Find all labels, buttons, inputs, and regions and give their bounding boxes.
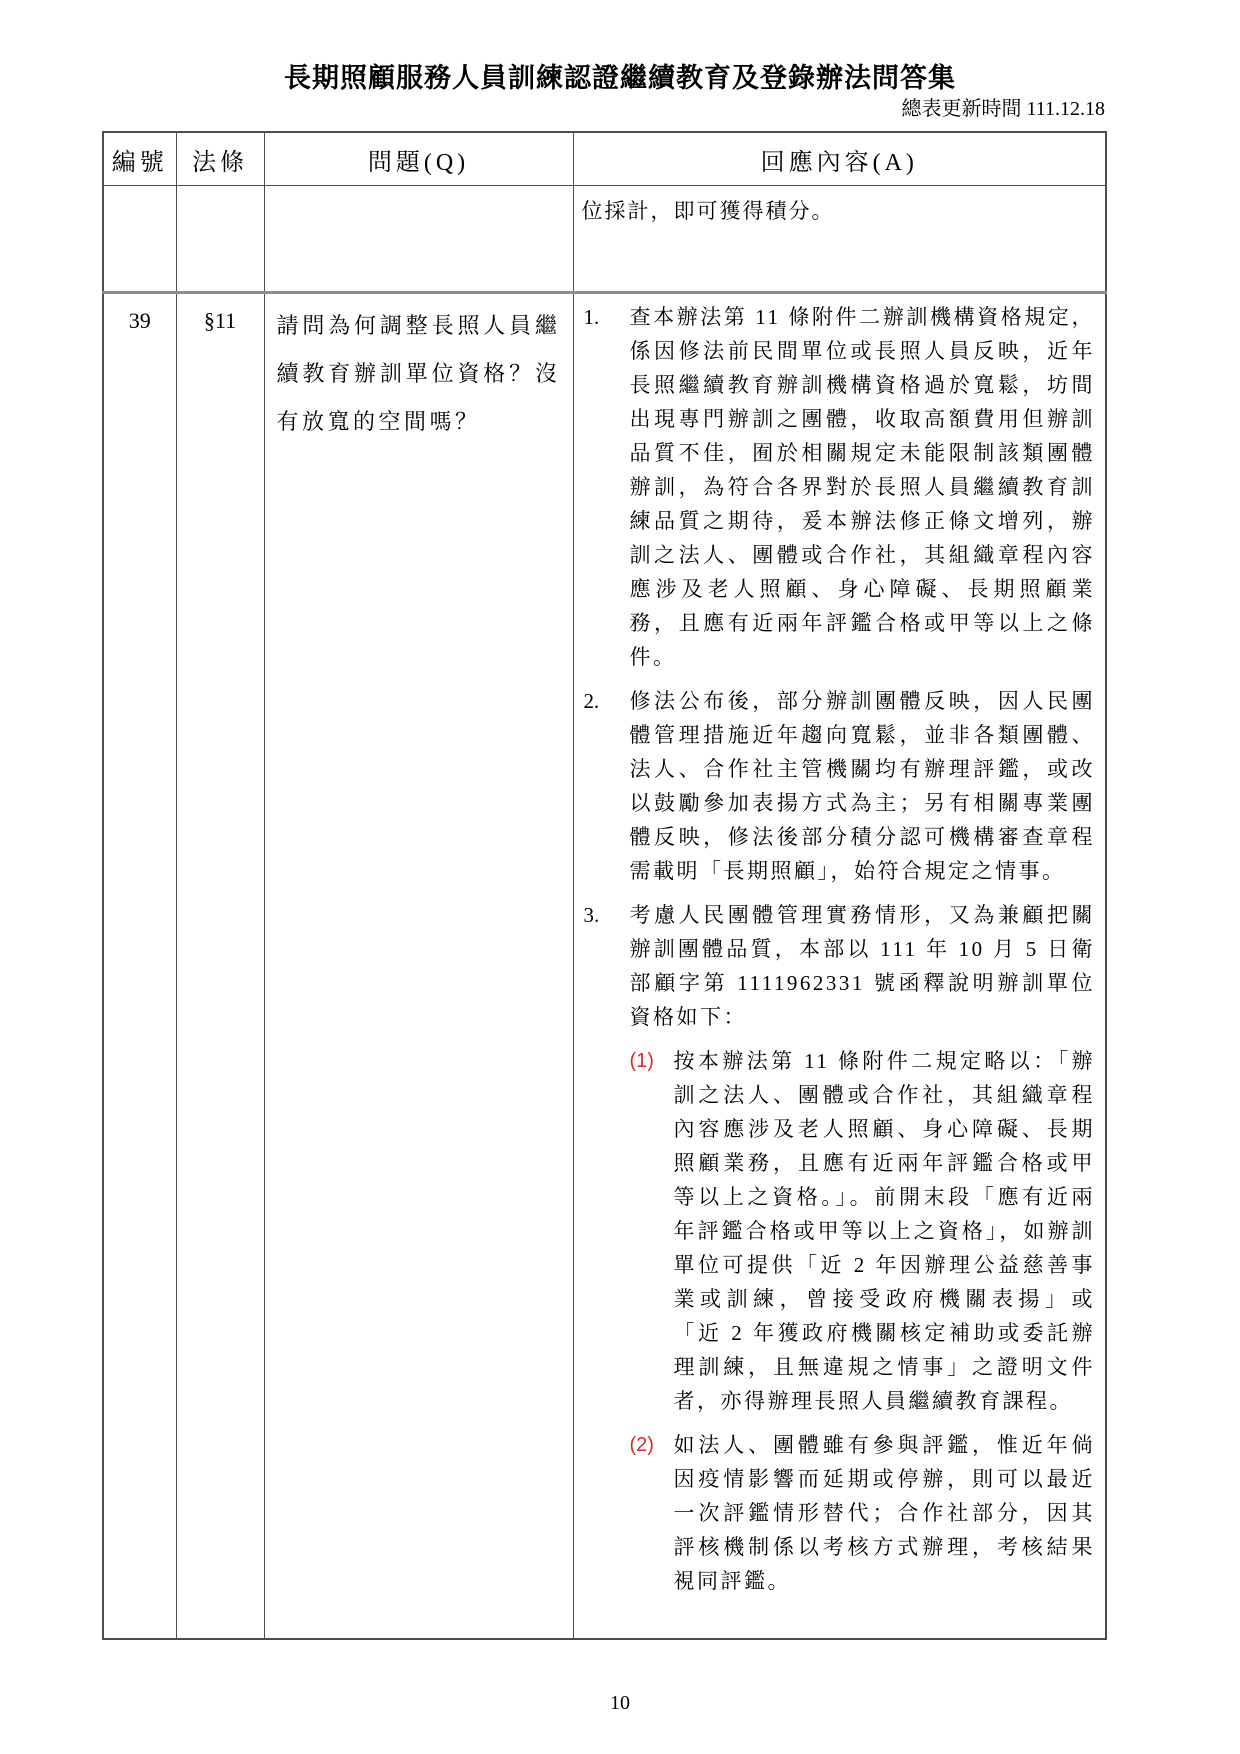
answer-item-3-marker: 3.	[584, 898, 630, 1598]
update-time: 總表更新時間 111.12.18	[901, 92, 1105, 121]
document-page: 長期照顧服務人員訓練認證繼續教育及登錄辦法問答集 總表更新時間 111.12.1…	[0, 0, 1240, 1754]
empty-law-cell	[176, 186, 264, 293]
answer-item-1-text: 查本辦法第 11 條附件二辦訓機構資格規定，係因修法前民間單位或長照人員反映，近…	[630, 300, 1096, 674]
answer-item-1-marker: 1.	[584, 300, 630, 674]
table-row-39: 39 §11 請問為何調整長照人員繼續教育辦訓單位資格？沒有放寬的空間嗎？ 1.…	[103, 293, 1106, 1640]
answer-item-1: 1. 查本辦法第 11 條附件二辦訓機構資格規定，係因修法前民間單位或長照人員反…	[584, 300, 1096, 674]
answer-item-2-text: 修法公布後，部分辦訓團體反映，因人民團體管理措施近年趨向寬鬆，並非各類團體、法人…	[630, 684, 1096, 888]
col-header-id: 編號	[103, 132, 176, 186]
answer-subitem-1-marker: (1)	[630, 1044, 674, 1418]
page-number: 10	[0, 1692, 1240, 1715]
qa-table: 編號 法條 問題(Q) 回應內容(A) 位採計，即可獲得積分。 39 §11 請…	[102, 131, 1107, 1640]
answer-item-3-text: 考慮人民團體管理實務情形，又為兼顧把關辦訓團體品質，本部以 111 年 10 月…	[630, 898, 1096, 1034]
answer-cell: 1. 查本辦法第 11 條附件二辦訓機構資格規定，係因修法前民間單位或長照人員反…	[573, 293, 1106, 1640]
answer-item-2-marker: 2.	[584, 684, 630, 888]
answer-item-2: 2. 修法公布後，部分辦訓團體反映，因人民團體管理措施近年趨向寬鬆，並非各類團體…	[584, 684, 1096, 888]
answer-continuation-text: 位採計，即可獲得積分。	[573, 186, 1106, 293]
header-row: 編號 法條 問題(Q) 回應內容(A)	[103, 132, 1106, 186]
question-text: 請問為何調整長照人員繼續教育辦訓單位資格？沒有放寬的空間嗎？	[264, 293, 573, 1640]
answer-subitem-1: (1) 按本辦法第 11 條附件二規定略以：「辦訓之法人、團體或合作社，其組織章…	[630, 1044, 1096, 1418]
answer-subitem-1-text: 按本辦法第 11 條附件二規定略以：「辦訓之法人、團體或合作社，其組織章程內容應…	[674, 1044, 1096, 1418]
empty-id-cell	[103, 186, 176, 293]
page-title: 長期照顧服務人員訓練認證繼續教育及登錄辦法問答集	[0, 56, 1240, 95]
answer-item-3: 3. 考慮人民團體管理實務情形，又為兼顧把關辦訓團體品質，本部以 111 年 1…	[584, 898, 1096, 1598]
col-header-question: 問題(Q)	[264, 132, 573, 186]
answer-subitem-2-marker: (2)	[630, 1428, 674, 1598]
answer-subitem-2-text: 如法人、團體雖有參與評鑑，惟近年倘因疫情影響而延期或停辦，則可以最近一次評鑑情形…	[674, 1428, 1096, 1598]
answer-subitem-2: (2) 如法人、團體雖有參與評鑑，惟近年倘因疫情影響而延期或停辦，則可以最近一次…	[630, 1428, 1096, 1598]
answer-item-3-wrap: 考慮人民團體管理實務情形，又為兼顧把關辦訓團體品質，本部以 111 年 10 月…	[630, 898, 1096, 1598]
row-law: §11	[176, 293, 264, 1640]
col-header-answer: 回應內容(A)	[573, 132, 1106, 186]
table-row-continuation: 位採計，即可獲得積分。	[103, 186, 1106, 293]
col-header-law: 法條	[176, 132, 264, 186]
empty-question-cell	[264, 186, 573, 293]
row-id: 39	[103, 293, 176, 1640]
